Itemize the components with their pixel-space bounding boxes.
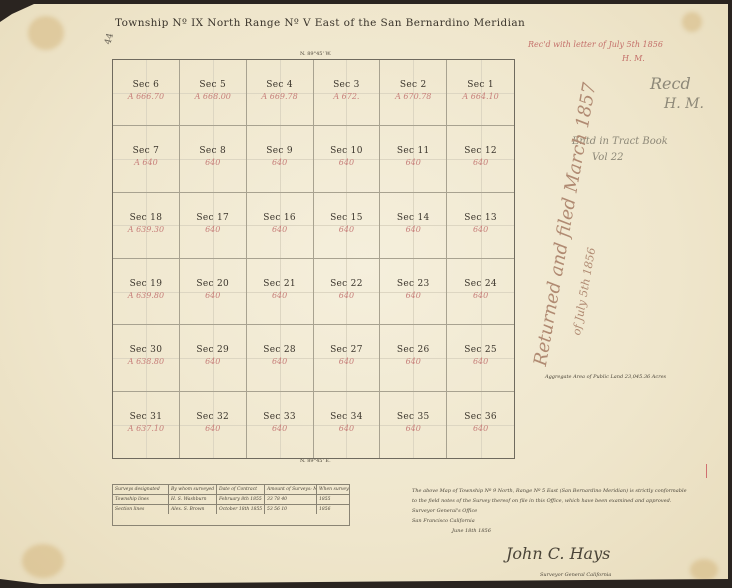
cell: 53 56 10 (265, 505, 317, 514)
section-label: Sec 30 (113, 345, 179, 355)
section-label: Sec 1 (447, 80, 514, 90)
vertical-note-2: of July 5th 1856 (570, 246, 598, 336)
stain-bottom-left (22, 544, 64, 578)
section-area: 640 (447, 424, 514, 433)
section-area: A 640 (113, 158, 179, 167)
pencil-recd: Recd (650, 74, 691, 93)
section-label: Sec 23 (380, 279, 446, 289)
cell: October 18th 1855 (217, 505, 265, 514)
section-label: Sec 34 (314, 412, 380, 422)
section-area: 640 (247, 357, 313, 366)
signature: John C. Hays (506, 544, 610, 563)
table-row: Township lines H. S. Washburn February 8… (113, 495, 349, 505)
red-note-received: Rec'd with letter of July 5th 1856 (528, 40, 663, 49)
section-area: A 639.80 (113, 291, 179, 300)
section-cell: Sec 16640 (247, 193, 314, 259)
section-label: Sec 22 (314, 279, 380, 289)
section-label: Sec 6 (113, 80, 179, 90)
section-area: A 638.80 (113, 357, 179, 366)
section-cell: Sec 5A 668.00 (180, 60, 247, 126)
section-area: 640 (180, 424, 246, 433)
cell: Alex. S. Brown (169, 505, 217, 514)
section-label: Sec 12 (447, 146, 514, 156)
section-label: Sec 14 (380, 213, 446, 223)
survey-table: Surveys designated By whom surveyed Date… (112, 484, 350, 526)
section-area: 640 (314, 357, 380, 366)
section-cell: Sec 24640 (447, 259, 514, 325)
section-label: Sec 27 (314, 345, 380, 355)
section-area: 640 (314, 158, 380, 167)
section-label: Sec 21 (247, 279, 313, 289)
section-label: Sec 28 (247, 345, 313, 355)
header-when: When surveyed (317, 485, 349, 494)
section-cell: Sec 28640 (247, 325, 314, 391)
cell: 1855 (317, 495, 349, 504)
cell: Township lines (113, 495, 169, 504)
section-cell: Sec 9640 (247, 126, 314, 192)
cert-line-2: to the field notes of the Survey thereof… (412, 496, 712, 506)
section-area: A 668.00 (180, 92, 246, 101)
section-cell: Sec 33640 (247, 392, 314, 458)
section-cell: Sec 18A 639.30 (113, 193, 180, 259)
section-cell: Sec 35640 (380, 392, 447, 458)
section-cell: Sec 20640 (180, 259, 247, 325)
certification: The above Map of Township Nº 9 North, Ra… (412, 486, 712, 536)
township-grid: Sec 6A 666.70Sec 5A 668.00Sec 4A 669.78S… (112, 59, 515, 459)
section-area: 640 (247, 291, 313, 300)
section-cell: Sec 13640 (447, 193, 514, 259)
section-area: 640 (247, 225, 313, 234)
section-cell: Sec 22640 (314, 259, 381, 325)
section-label: Sec 36 (447, 412, 514, 422)
section-area: 640 (447, 291, 514, 300)
section-cell: Sec 30A 638.80 (113, 325, 180, 391)
section-area: 640 (180, 158, 246, 167)
section-label: Sec 33 (247, 412, 313, 422)
section-area: 640 (380, 357, 446, 366)
section-cell: Sec 26640 (380, 325, 447, 391)
top-bearing: N. 89°45' W. (300, 51, 331, 57)
section-cell: Sec 12640 (447, 126, 514, 192)
section-label: Sec 29 (180, 345, 246, 355)
section-label: Sec 24 (447, 279, 514, 289)
section-cell: Sec 2A 670.78 (380, 60, 447, 126)
section-cell: Sec 7A 640 (113, 126, 180, 192)
section-label: Sec 3 (314, 80, 380, 90)
section-label: Sec 18 (113, 213, 179, 223)
section-cell: Sec 14640 (380, 193, 447, 259)
section-area: 640 (180, 291, 246, 300)
section-label: Sec 10 (314, 146, 380, 156)
section-cell: Sec 36640 (447, 392, 514, 458)
section-area: A 637.10 (113, 424, 179, 433)
cell: Section lines (113, 505, 169, 514)
corner-mark: 44 (103, 32, 116, 46)
section-area: 640 (447, 158, 514, 167)
section-area: 640 (180, 225, 246, 234)
section-area: 640 (314, 291, 380, 300)
section-cell: Sec 1A 664.10 (447, 60, 514, 126)
pencil-vol: Vol 22 (592, 152, 623, 163)
section-label: Sec 8 (180, 146, 246, 156)
section-area: 640 (380, 158, 446, 167)
red-note-initials: H. M. (622, 54, 645, 63)
cell: 33 78 40 (265, 495, 317, 504)
section-area: A 672. (314, 92, 380, 101)
section-cell: Sec 10640 (314, 126, 381, 192)
section-cell: Sec 17640 (180, 193, 247, 259)
vertical-note: Returned and filed March 1857 (530, 81, 601, 368)
section-label: Sec 9 (247, 146, 313, 156)
cert-line-1: The above Map of Township Nº 9 North, Ra… (412, 486, 712, 496)
stain-top-left (28, 16, 64, 50)
section-area: 640 (314, 424, 380, 433)
section-cell: Sec 25640 (447, 325, 514, 391)
pencil-initials: H. M. (664, 96, 704, 112)
cert-office: Surveyor General's Office (412, 506, 712, 516)
section-area: 640 (247, 158, 313, 167)
section-area: A 669.78 (247, 92, 313, 101)
stain-bottom-right (690, 559, 718, 581)
section-cell: Sec 6A 666.70 (113, 60, 180, 126)
cell: 1856 (317, 505, 349, 514)
cert-date: June 18th 1856 (412, 526, 712, 536)
section-label: Sec 26 (380, 345, 446, 355)
section-area: A 664.10 (447, 92, 514, 101)
section-label: Sec 17 (180, 213, 246, 223)
section-cell: Sec 27640 (314, 325, 381, 391)
map-title: Township Nº IX North Range Nº V East of … (115, 17, 525, 29)
header-date: Date of Contract (217, 485, 265, 494)
signature-title: Surveyor General California (540, 572, 611, 578)
section-cell: Sec 4A 669.78 (247, 60, 314, 126)
section-cell: Sec 3A 672. (314, 60, 381, 126)
section-cell: Sec 19A 639.80 (113, 259, 180, 325)
header-surveys: Surveys designated (113, 485, 169, 494)
section-area: 640 (180, 357, 246, 366)
section-label: Sec 4 (247, 80, 313, 90)
section-label: Sec 13 (447, 213, 514, 223)
section-label: Sec 20 (180, 279, 246, 289)
section-area: A 639.30 (113, 225, 179, 234)
section-label: Sec 31 (113, 412, 179, 422)
section-cell: Sec 32640 (180, 392, 247, 458)
section-label: Sec 25 (447, 345, 514, 355)
cell: February 8th 1855 (217, 495, 265, 504)
section-label: Sec 15 (314, 213, 380, 223)
section-label: Sec 32 (180, 412, 246, 422)
section-area: 640 (314, 225, 380, 234)
stain-top-right (682, 12, 702, 32)
section-label: Sec 35 (380, 412, 446, 422)
header-by-whom: By whom surveyed (169, 485, 217, 494)
section-area: A 670.78 (380, 92, 446, 101)
section-label: Sec 2 (380, 80, 446, 90)
section-label: Sec 7 (113, 146, 179, 156)
table-row: Section lines Alex. S. Brown October 18t… (113, 505, 349, 514)
section-cell: Sec 23640 (380, 259, 447, 325)
survey-table-header: Surveys designated By whom surveyed Date… (113, 485, 349, 495)
survey-map-sheet: Township Nº IX North Range Nº V East of … (0, 4, 728, 584)
section-area: 640 (380, 291, 446, 300)
section-cell: Sec 15640 (314, 193, 381, 259)
section-cell: Sec 8640 (180, 126, 247, 192)
section-label: Sec 5 (180, 80, 246, 90)
section-area: A 666.70 (113, 92, 179, 101)
header-amount: Amount of Surveys: Miles Chains Links (265, 485, 317, 494)
section-area: 640 (247, 424, 313, 433)
section-area: 640 (447, 225, 514, 234)
section-label: Sec 19 (113, 279, 179, 289)
section-area: 640 (380, 424, 446, 433)
section-cell: Sec 31A 637.10 (113, 392, 180, 458)
section-area: 640 (380, 225, 446, 234)
section-cell: Sec 29640 (180, 325, 247, 391)
red-mark (706, 464, 707, 478)
cell: H. S. Washburn (169, 495, 217, 504)
section-label: Sec 11 (380, 146, 446, 156)
section-cell: Sec 34640 (314, 392, 381, 458)
section-area: 640 (447, 357, 514, 366)
aggregate-area: Aggregate Area of Public Land 23,045.36 … (545, 374, 666, 380)
section-label: Sec 16 (247, 213, 313, 223)
cert-place: San Francisco California (412, 516, 712, 526)
section-cell: Sec 11640 (380, 126, 447, 192)
section-cell: Sec 21640 (247, 259, 314, 325)
